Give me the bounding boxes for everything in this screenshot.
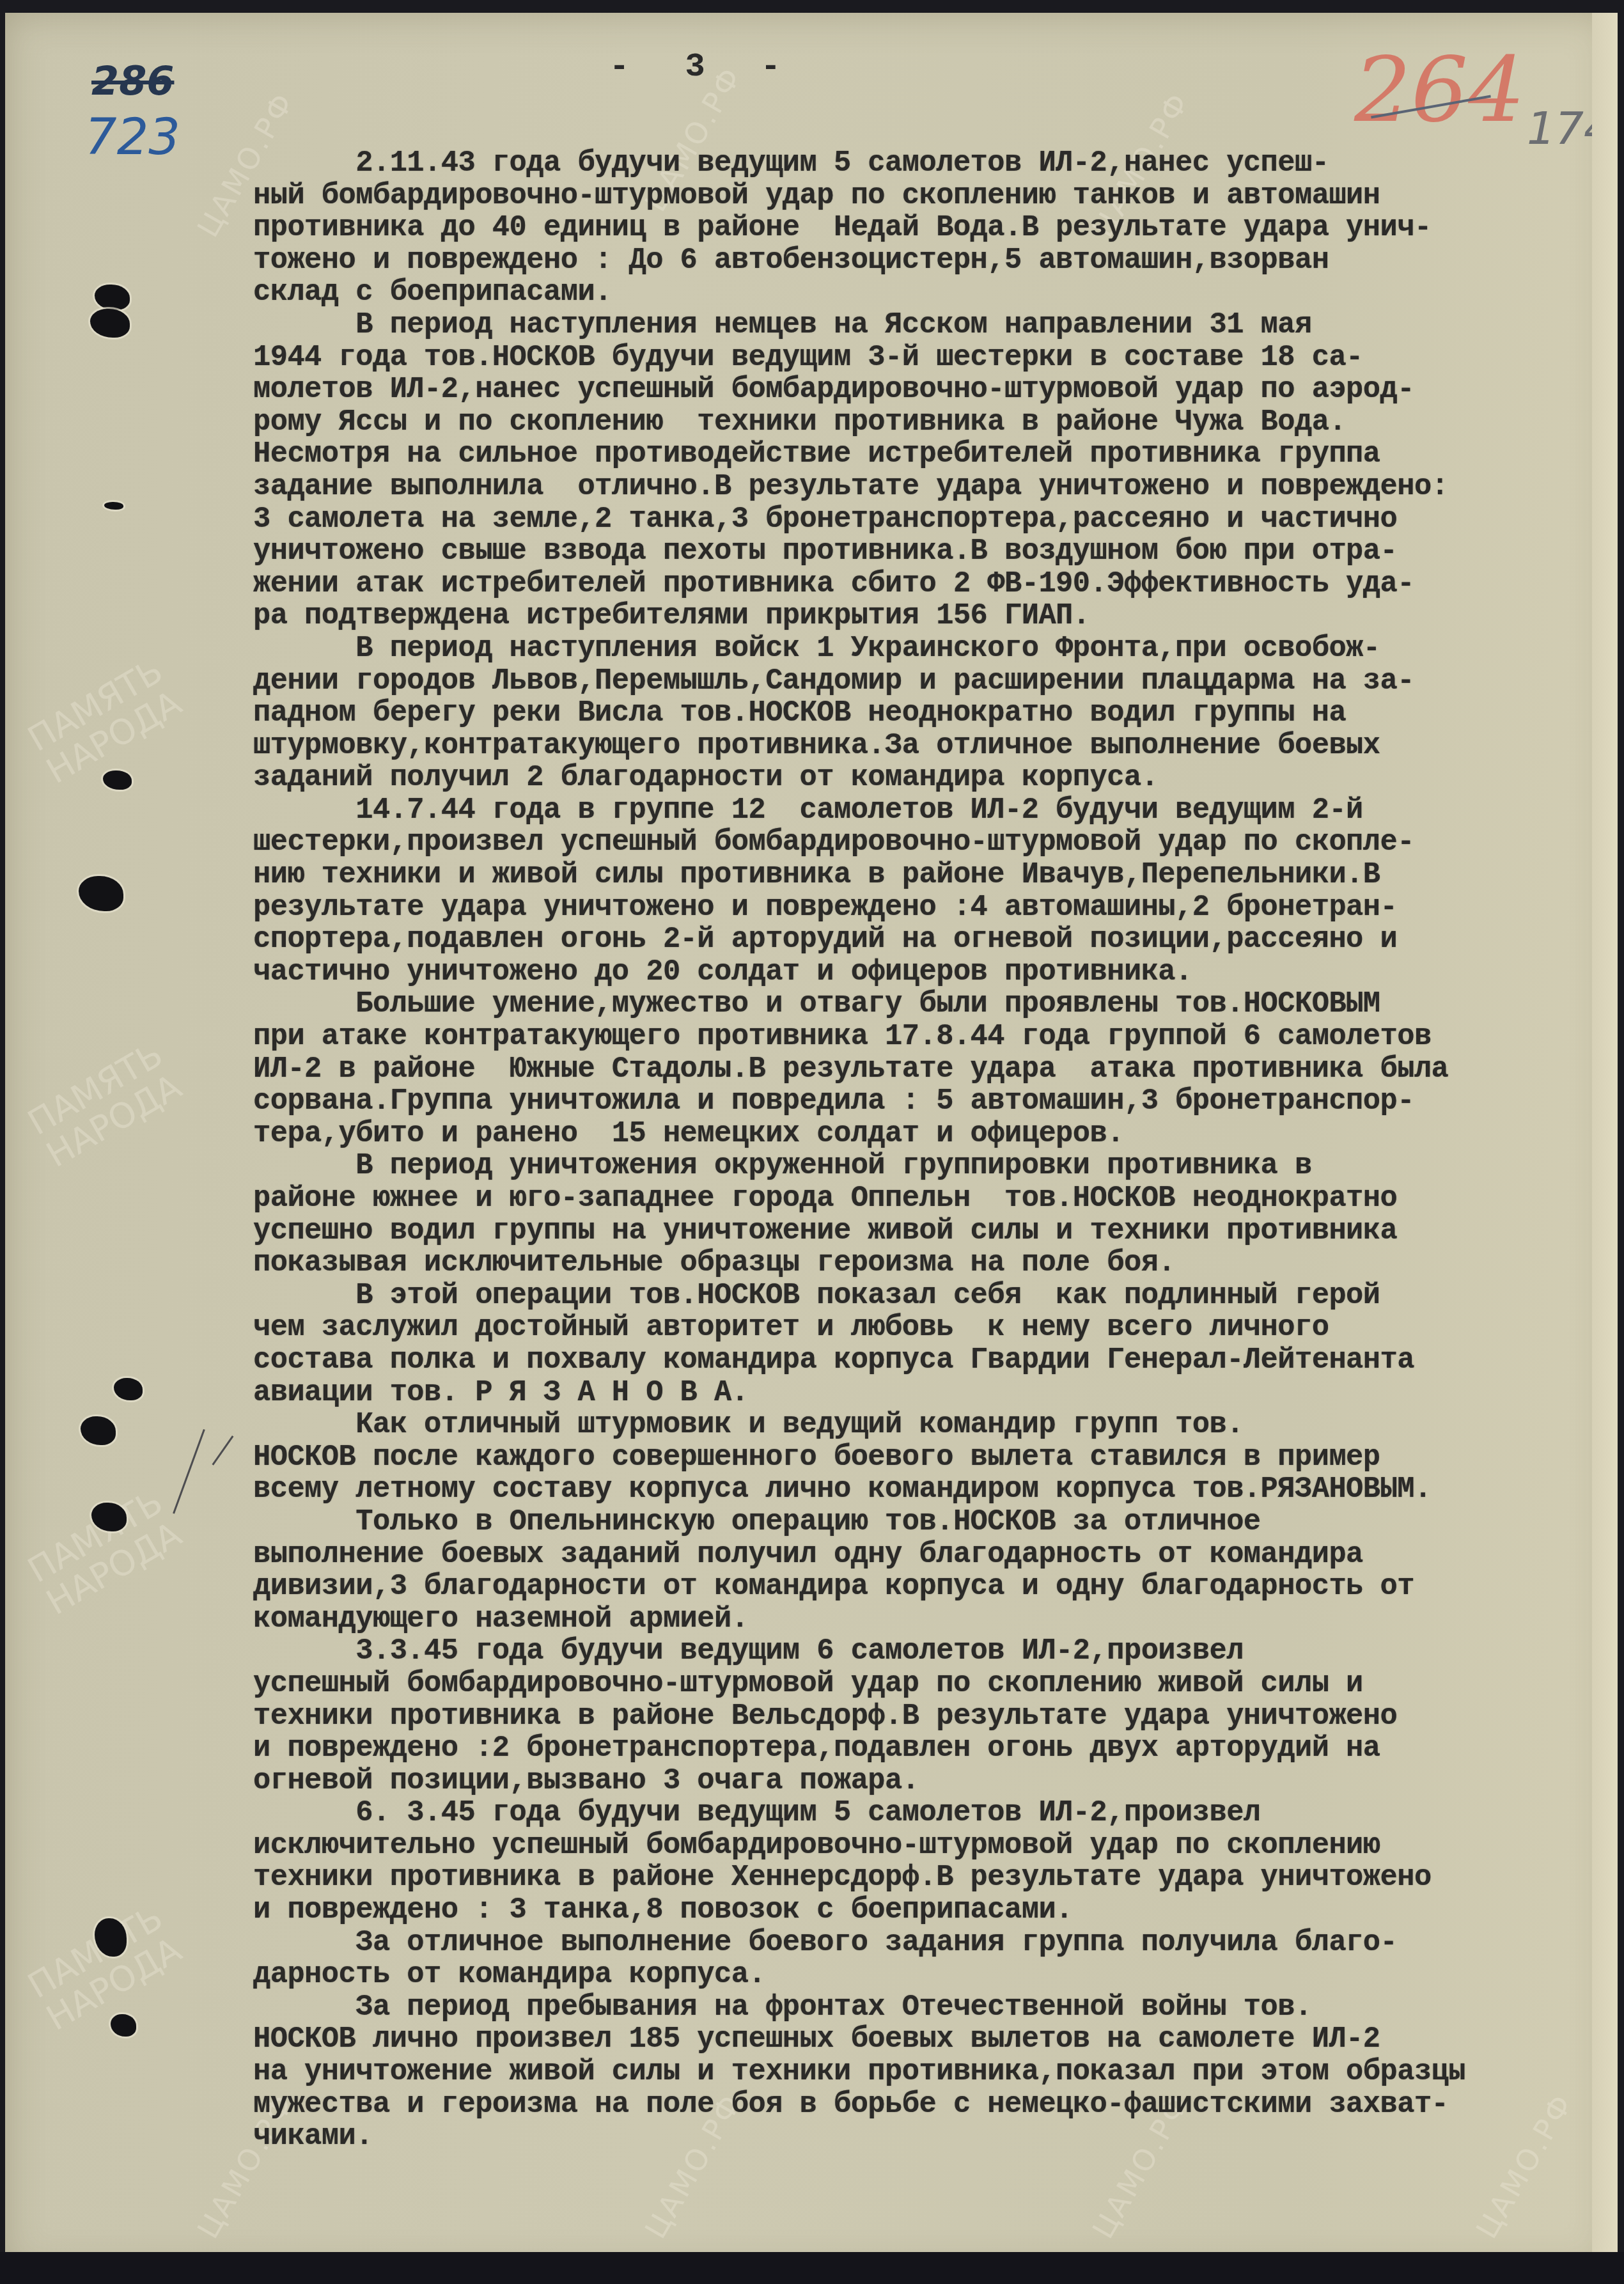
red-folio-number: 264 — [1354, 38, 1525, 143]
text-line: уничтожено свыше взвода пехоты противник… — [253, 535, 1624, 568]
text-line: 14.7.44 года в группе 12 самолетов ИЛ-2 … — [253, 794, 1624, 827]
text-line: тера,убито и ранено 15 немецких солдат и… — [253, 1118, 1624, 1150]
text-line: 6. 3.45 года будучи ведущим 5 самолетов … — [253, 1797, 1624, 1829]
old-folio-number: 286 — [91, 58, 174, 104]
text-line: НОСКОВ лично произвел 185 успешных боевы… — [253, 2023, 1624, 2056]
text-line: на уничтожение живой силы и техники прот… — [253, 2056, 1624, 2088]
binding-hole — [114, 1378, 143, 1400]
text-line: ИЛ-2 в районе Южные Стадолы.В результате… — [253, 1053, 1624, 1086]
text-line: За отличное выполнение боевого задания г… — [253, 1927, 1624, 1959]
text-line: ный бомбардировочно-штурмовой удар по ск… — [253, 180, 1624, 212]
text-line: ра подтверждена истребителями прикрытия … — [253, 600, 1624, 632]
text-line: дивизии,3 благодарности от командира кор… — [253, 1570, 1624, 1603]
text-line: рому Яссы и по скоплению техники противн… — [253, 406, 1624, 439]
text-line: штурмовку,контратакующего противника.За … — [253, 730, 1624, 762]
binding-hole — [90, 309, 130, 338]
watermark-project: ПАМЯТЬ НАРОДА — [22, 652, 188, 790]
text-line: шестерки,произвел успешный бомбардировоч… — [253, 826, 1624, 859]
text-line: показывая исключительные образцы героизм… — [253, 1247, 1624, 1279]
text-line: всему летному составу корпуса лично кома… — [253, 1473, 1624, 1506]
text-line: мужества и героизма на поле боя в борьбе… — [253, 2088, 1624, 2121]
text-line: задание выполнила отлично.В результате у… — [253, 471, 1624, 503]
text-line: дарность от командира корпуса. — [253, 1959, 1624, 1991]
text-line: Только в Опельнинскую операцию тов.НОСКО… — [253, 1506, 1624, 1538]
text-line: чиками. — [253, 2120, 1624, 2153]
binding-hole — [95, 285, 130, 310]
text-line: 2.11.43 года будучи ведущим 5 самолетов … — [253, 147, 1624, 180]
text-line: частично уничтожено до 20 солдат и офице… — [253, 956, 1624, 989]
text-line: В этой операции тов.НОСКОВ показал себя … — [253, 1279, 1624, 1312]
paper-edge — [1592, 13, 1618, 2270]
text-line: 3 самолета на земле,2 танка,3 бронетранс… — [253, 503, 1624, 536]
text-line: спортера,подавлен огонь 2-й арторудий на… — [253, 923, 1624, 956]
text-line: состава полка и похвалу командира корпус… — [253, 1344, 1624, 1377]
text-line: заданий получил 2 благодарности от коман… — [253, 762, 1624, 794]
text-line: чем заслужил достойный авторитет и любов… — [253, 1311, 1624, 1344]
binding-hole — [104, 502, 123, 510]
scan-border — [0, 2252, 1624, 2284]
text-line: районе южнее и юго-западнее города Оппел… — [253, 1182, 1624, 1215]
text-line: противника до 40 единиц в районе Недай В… — [253, 212, 1624, 244]
text-line: исключительно успешный бомбардировочно-ш… — [253, 1829, 1624, 1862]
text-line: результате удара уничтожено и повреждено… — [253, 891, 1624, 924]
binding-hole — [103, 770, 132, 790]
text-line: огневой позиции,вызвано 3 очага пожара. — [253, 1765, 1624, 1797]
text-line — [253, 2153, 1624, 2186]
text-line: В период наступления немцев на Ясском на… — [253, 309, 1624, 341]
pencil-mark — [173, 1429, 205, 1514]
text-line: НОСКОВ после каждого совершенного боевог… — [253, 1441, 1624, 1474]
text-line: успешный бомбардировочно-штурмовой удар … — [253, 1668, 1624, 1700]
text-line: В период уничтожения окруженной группиро… — [253, 1150, 1624, 1182]
typed-text-body: 2.11.43 года будучи ведущим 5 самолетов … — [253, 147, 1624, 2185]
text-line: За период пребывания на фронтах Отечеств… — [253, 1991, 1624, 2024]
pencil-mark — [212, 1435, 233, 1466]
text-line: В период наступления войск 1 Украинского… — [253, 632, 1624, 665]
text-line: нию техники и живой силы противника в ра… — [253, 859, 1624, 891]
text-line: командующего наземной армией. — [253, 1603, 1624, 1636]
binding-hole — [81, 1416, 116, 1445]
text-line: и повреждено :2 бронетранспортера,подавл… — [253, 1732, 1624, 1765]
text-line: при атаке контратакующего противника 17.… — [253, 1021, 1624, 1053]
text-line: 3.3.45 года будучи ведущим 6 самолетов И… — [253, 1635, 1624, 1668]
page-number: - 3 - — [609, 48, 799, 86]
text-line: 1944 года тов.НОСКОВ будучи ведущим 3-й … — [253, 341, 1624, 374]
text-line: склад с боеприпасами. — [253, 276, 1624, 309]
binding-hole — [79, 876, 123, 911]
text-line: техники противника в районе Хеннерсдорф.… — [253, 1861, 1624, 1894]
text-line: Несмотря на сильное противодействие истр… — [253, 438, 1624, 471]
text-line: авиации тов. Р Я З А Н О В А. — [253, 1377, 1624, 1409]
binding-hole — [111, 2014, 136, 2037]
document-page: ЦАМО.РФ ЦАМО.РФ ЦАМО.РФ ЦАМО.РФ ЦАМО.РФ … — [5, 13, 1610, 2270]
text-line: сорвана.Группа уничтожила и повредила : … — [253, 1085, 1624, 1118]
new-folio-number: 723 — [85, 109, 180, 166]
text-line: падном берегу реки Висла тов.НОСКОВ неод… — [253, 697, 1624, 730]
text-line: жении атак истребителей противника сбито… — [253, 568, 1624, 600]
text-line: техники противника в районе Вельсдорф.В … — [253, 1700, 1624, 1733]
text-line: и повреждено : 3 танка,8 повозок с боепр… — [253, 1894, 1624, 1927]
text-line: выполнение боевых заданий получил одну б… — [253, 1538, 1624, 1571]
text-line: Большие умение,мужество и отвагу были пр… — [253, 988, 1624, 1021]
text-line: дении городов Львов,Перемышль,Сандомир и… — [253, 665, 1624, 698]
text-line: Как отличный штурмовик и ведущий команди… — [253, 1409, 1624, 1441]
text-line: тожено и повреждено : До 6 автобензоцист… — [253, 244, 1624, 277]
watermark-project: ПАМЯТЬ НАРОДА — [22, 1036, 188, 1174]
text-line: успешно водил группы на уничтожение живо… — [253, 1215, 1624, 1248]
text-line: молетов ИЛ-2,нанес успешный бомбардирово… — [253, 373, 1624, 406]
